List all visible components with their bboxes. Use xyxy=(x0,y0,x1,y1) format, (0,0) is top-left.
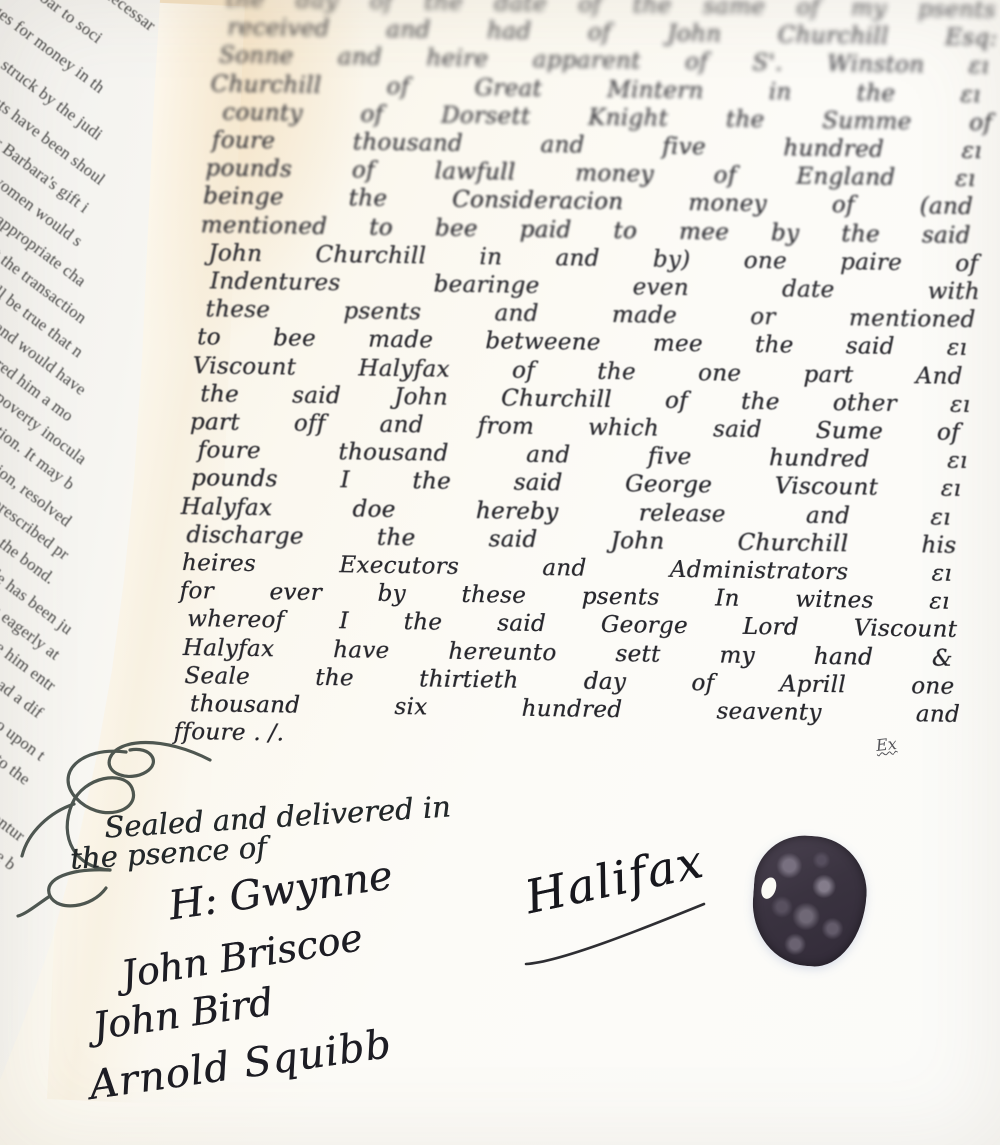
manuscript-text-block: the day of the date of the same of my ps… xyxy=(171,0,988,758)
witness-signature-bird: John Bird xyxy=(90,980,276,1049)
examined-mark: Ex xyxy=(875,734,898,755)
seal-highlight xyxy=(759,876,779,901)
wax-seal xyxy=(749,832,871,970)
book-photo: bar to soci necessar ges for money in th… xyxy=(0,0,1000,1145)
signature-underline-flourish xyxy=(520,890,710,970)
printed-line-fragment: necessar xyxy=(100,0,159,36)
